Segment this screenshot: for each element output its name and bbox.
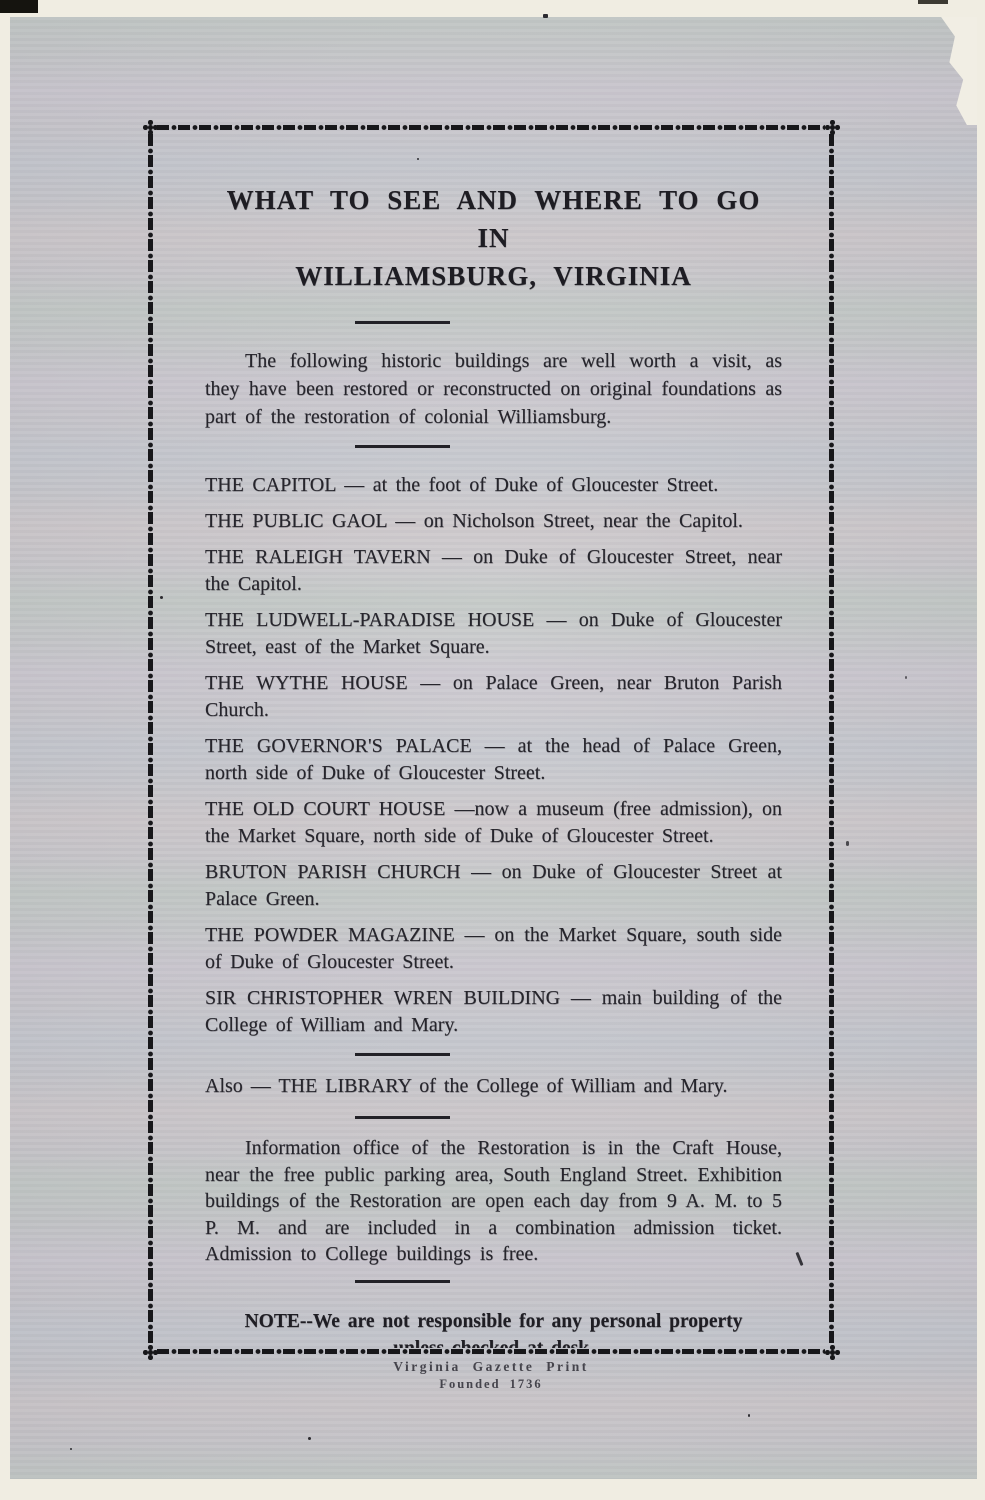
page-title: WHAT TO SEE AND WHERE TO GO IN WILLIAMSB… — [205, 181, 782, 295]
listing-item: THE CAPITOL — at the foot of Duke of Glo… — [205, 472, 782, 499]
border-left — [148, 134, 153, 1345]
border-top — [157, 125, 825, 130]
ink-speck — [160, 596, 163, 599]
decorative-chain-border: WHAT TO SEE AND WHERE TO GO IN WILLIAMSB… — [148, 125, 834, 1354]
torn-corner — [931, 17, 977, 125]
ink-speck — [417, 158, 419, 160]
printer-credit: Virginia Gazette Print Founded 1736 — [148, 1359, 834, 1392]
printer-name: Virginia Gazette Print — [148, 1359, 834, 1375]
ink-speck — [70, 1448, 72, 1450]
ink-speck — [905, 676, 907, 679]
listing-item: THE RALEIGH TAVERN — on Duke of Gloucest… — [205, 544, 782, 598]
section-divider — [355, 321, 450, 324]
ink-speck — [543, 14, 548, 18]
ink-speck — [846, 841, 849, 846]
information-paragraph: Information office of the Restoration is… — [205, 1135, 782, 1268]
ink-speck — [308, 1437, 311, 1440]
printer-founded: Founded 1736 — [148, 1377, 834, 1392]
listing-item: THE POWDER MAGAZINE — on the Market Squa… — [205, 922, 782, 976]
listing-item: THE PUBLIC GAOL — on Nicholson Street, n… — [205, 508, 782, 535]
listing-item: THE GOVERNOR'S PALACE — at the head of P… — [205, 733, 782, 787]
section-divider — [355, 1280, 450, 1283]
scan-smudge — [918, 0, 948, 4]
note-disclaimer: NOTE--We are not responsible for any per… — [205, 1308, 782, 1349]
also-library-line: Also — THE LIBRARY of the College of Wil… — [205, 1073, 782, 1100]
section-divider — [355, 1116, 450, 1119]
section-divider — [355, 1053, 450, 1056]
intro-paragraph: The following historic buildings are wel… — [205, 347, 782, 431]
listing-item: THE OLD COURT HOUSE —now a museum (free … — [205, 796, 782, 850]
border-bottom — [157, 1349, 825, 1354]
listing-item: SIR CHRISTOPHER WREN BUILDING — main bui… — [205, 985, 782, 1039]
border-right — [829, 134, 834, 1345]
title-line-2: WILLIAMSBURG, VIRGINIA — [295, 261, 692, 291]
listing-item: BRUTON PARISH CHURCH — on Duke of Glouce… — [205, 859, 782, 913]
section-divider — [355, 445, 450, 448]
listing-item: THE LUDWELL-PARADISE HOUSE — on Duke of … — [205, 607, 782, 661]
building-listings: THE CAPITOL — at the foot of Duke of Glo… — [205, 472, 782, 1039]
note-line-2: unless checked at desk. — [393, 1338, 594, 1349]
note-line-1: NOTE--We are not responsible for any per… — [245, 1311, 743, 1332]
ink-speck — [748, 1414, 750, 1417]
page-content: WHAT TO SEE AND WHERE TO GO IN WILLIAMSB… — [154, 131, 828, 1348]
scanned-flyer-page: WHAT TO SEE AND WHERE TO GO IN WILLIAMSB… — [0, 0, 985, 1500]
title-line-1: WHAT TO SEE AND WHERE TO GO IN — [227, 185, 761, 253]
scan-edge-artifact — [0, 0, 38, 13]
listing-item: THE WYTHE HOUSE — on Palace Green, near … — [205, 670, 782, 724]
